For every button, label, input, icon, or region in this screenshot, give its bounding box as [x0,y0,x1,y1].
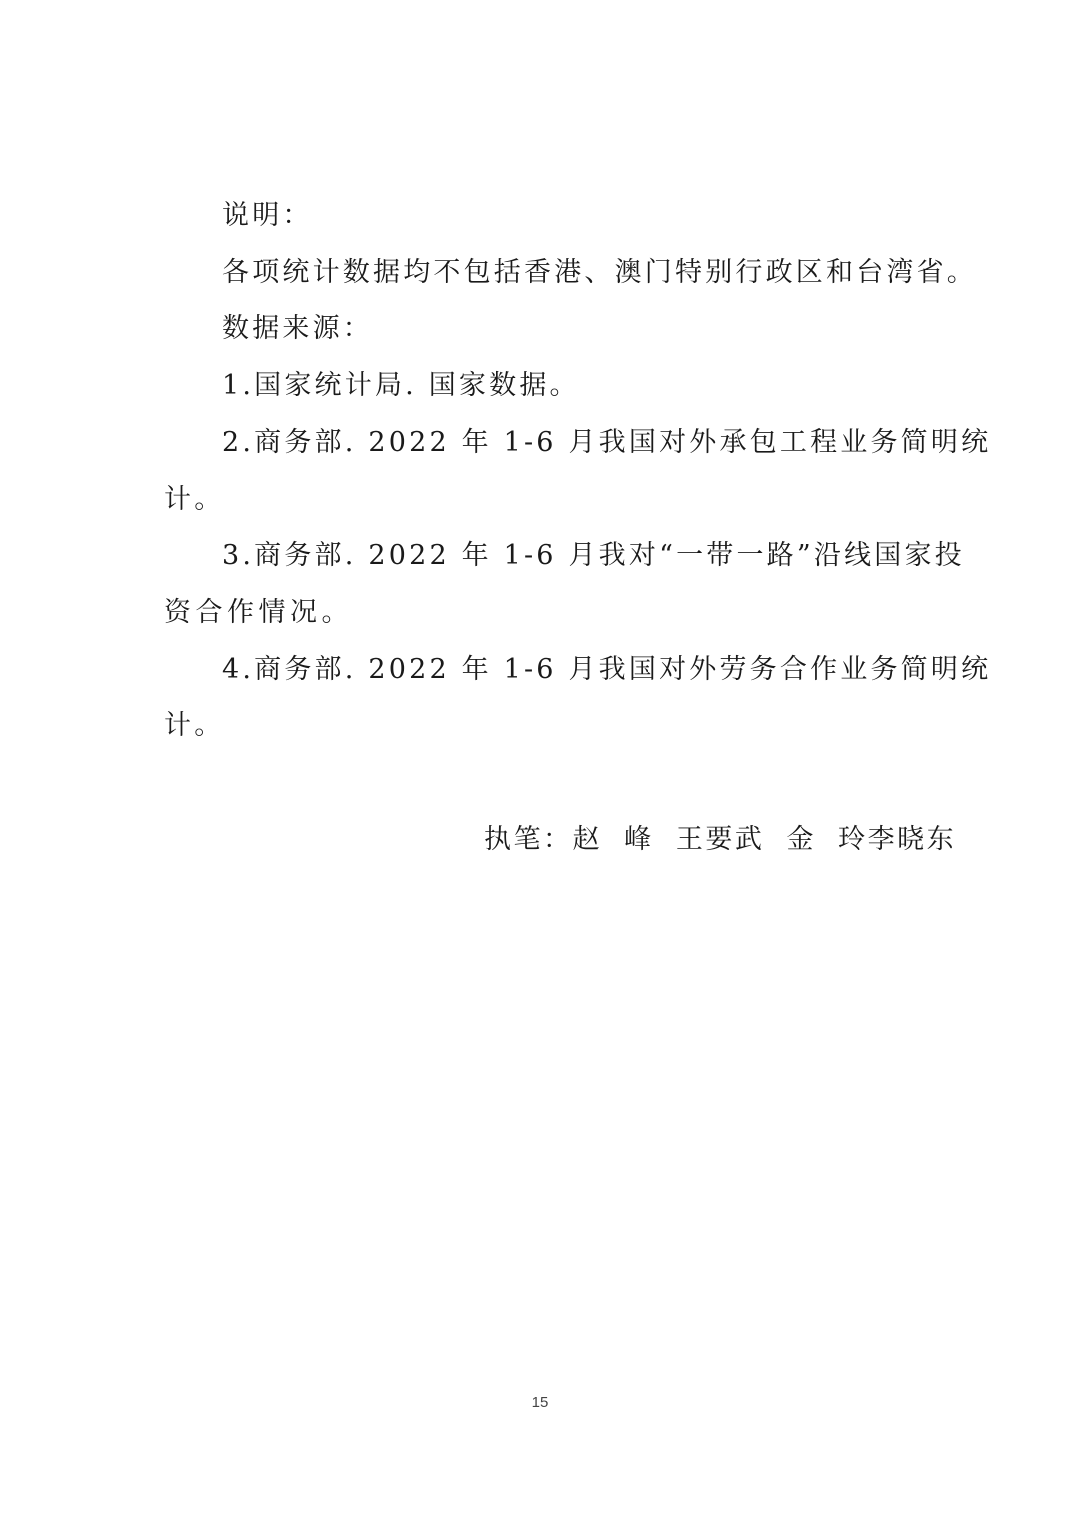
source-item-2: 2.商务部. 2022 年 1-6 月我国对外承包工程业务简明统 [222,425,991,461]
source-item-1: 1.国家统计局. 国家数据。 [222,368,580,404]
source-item-3-continued: 资合作情况。 [164,595,353,631]
source-item-3: 3.商务部. 2022 年 1-6 月我对“一带一路”沿线国家投 [222,538,965,574]
note-heading: 说明： [222,198,313,234]
sources-heading: 数据来源： [222,311,373,347]
page-number: 15 [0,1394,1080,1411]
source-item-2-continued: 计。 [164,482,224,518]
document-page: 说明： 各项统计数据均不包括香港、澳门特别行政区和台湾省。 数据来源： 1.国家… [0,0,1080,1527]
source-item-4-continued: 计。 [164,708,224,744]
source-item-4: 4.商务部. 2022 年 1-6 月我国对外劳务合作业务简明统 [222,652,991,688]
authors-line: 执笔：赵 峰 王要武 金 玲李晓东 [484,822,956,858]
note-text: 各项统计数据均不包括香港、澳门特别行政区和台湾省。 [222,255,977,291]
